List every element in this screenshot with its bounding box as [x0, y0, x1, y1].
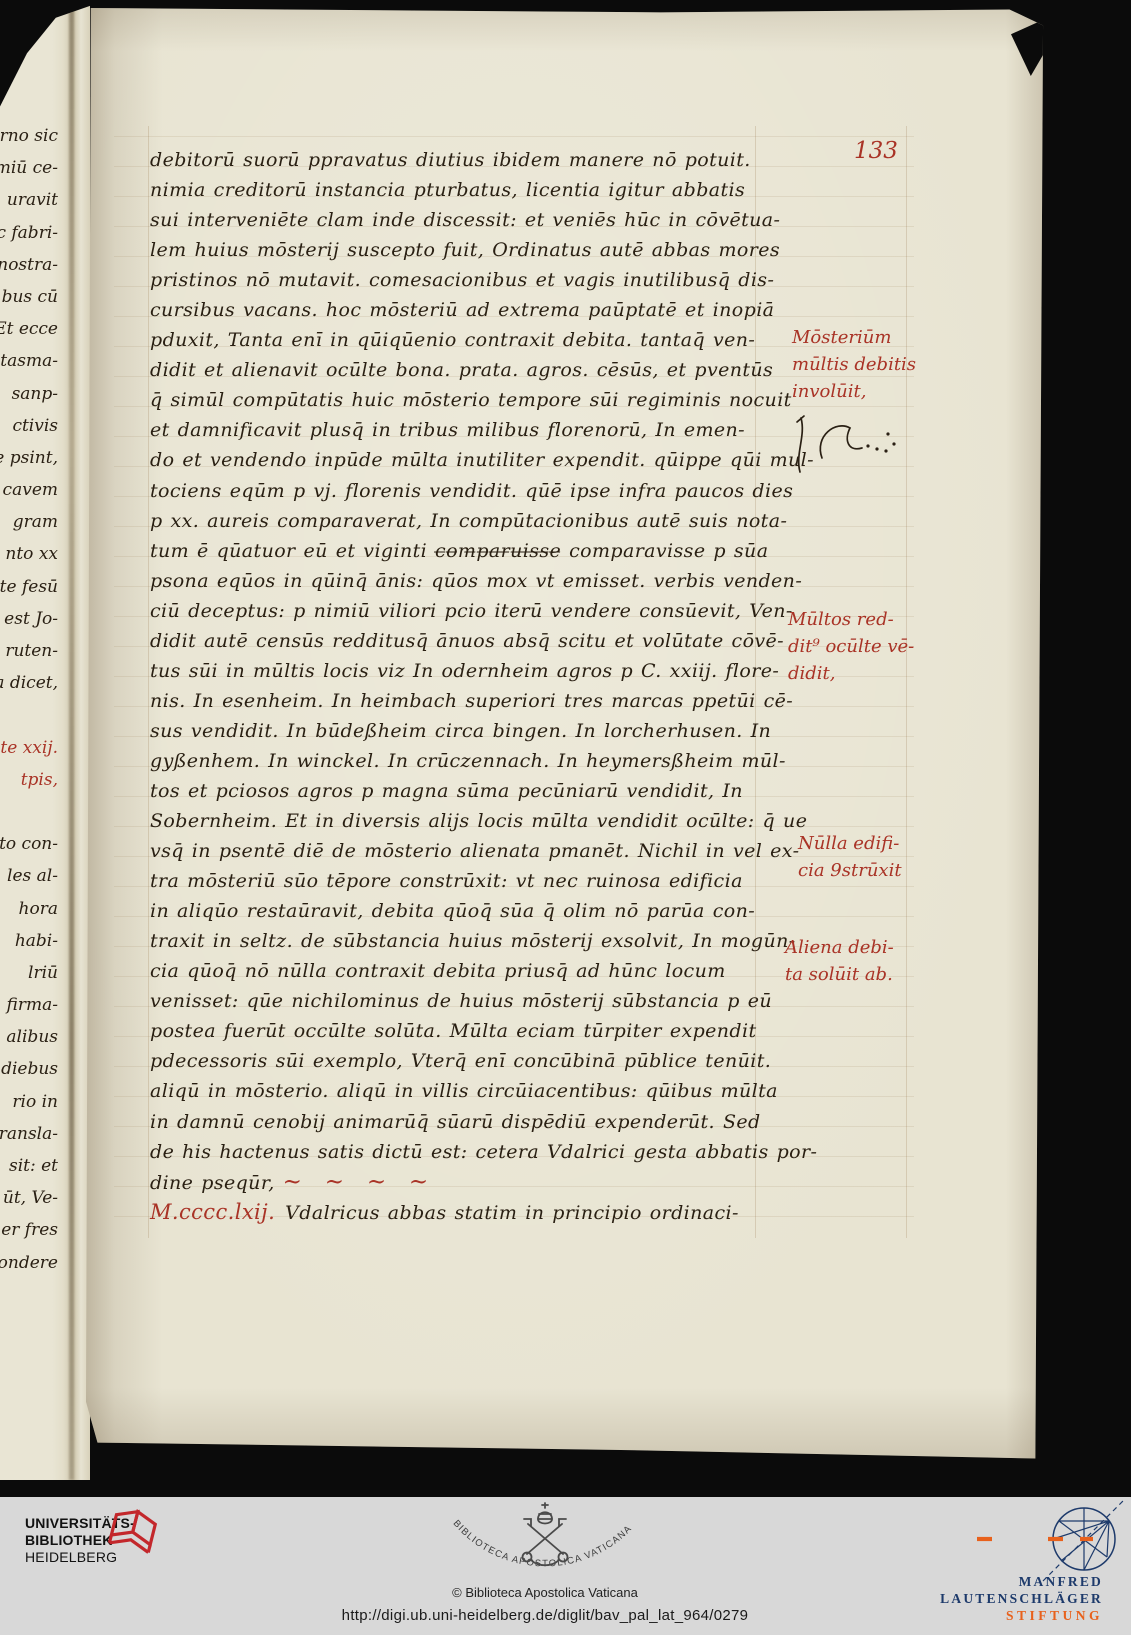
text-fragment: er fres	[0, 1214, 58, 1246]
vatican-library-seal crossed-keys-icon: BIBLIOTECA APOSTOLICA VATICANA	[430, 1497, 660, 1589]
text-fragment: nostra-	[0, 249, 58, 281]
manuscript-line: aliqū in mōsterio. aliqū in villis circū…	[150, 1076, 790, 1106]
binding-crease	[69, 0, 74, 1480]
text-fragment: ate xxij.	[0, 732, 58, 764]
margin-note-line: cia 9strūxit	[798, 857, 902, 884]
mls-foundation-wordmark: MANFRED LAUTENSCHLÄGER STIFTUNG	[940, 1573, 1103, 1624]
text-fragment: habi-	[0, 925, 58, 957]
manuscript-line: cia qūoq̄ nō nūlla contraxit debita priu…	[150, 956, 790, 986]
margin-note-line: Mūltos red-	[788, 606, 914, 633]
manuscript-line: Sobernheim. Et in diversis alijs locis m…	[150, 806, 790, 836]
margin-note-line: Mōsteriūm	[792, 324, 916, 351]
margin-note-line: mūltis debitis	[792, 351, 916, 378]
manuscript-line: gyßenhem. In winckel. In crūczennach. In…	[150, 746, 790, 776]
manuscript-line: in aliqūo restaūravit, debita qūoq̄ sūa …	[150, 896, 790, 926]
manuscript-line: psona eqūos in qūinq̄ ānis: qūos mox vt …	[150, 566, 790, 596]
margin-note-2: Mūltos red-dit⁹ ocūlte vē-didit,	[788, 606, 914, 687]
text-fragment: uravit	[0, 184, 58, 216]
vatican-seal-curved-text: BIBLIOTECA APOSTOLICA VATICANA	[451, 1518, 635, 1569]
manuscript-lines: debitorū suorū ppravatus diutius ibidem …	[150, 145, 790, 1167]
manuscript-line: lem huius mōsterij suscepto fuit, Ordina…	[150, 235, 790, 265]
text-fragment	[0, 699, 58, 731]
manuscript-line: de his hactenus satis dictū est: cetera …	[150, 1137, 790, 1167]
manuscript-line: didit et alienavit ocūlte bona. prata. a…	[150, 355, 790, 385]
margin-note-line: Nūlla edifi-	[798, 830, 902, 857]
folio-number: 133	[854, 138, 898, 164]
manuscript-line: tociens eqūm p vj. florenis vendidit. qū…	[150, 476, 790, 506]
text-fragment	[0, 796, 58, 828]
mls-subtitle: STIFTUNG	[940, 1607, 1103, 1624]
manuscript-line: sus vendidit. In būdeßheim circa bingen.…	[150, 716, 790, 746]
text-fragment: tpis,	[0, 764, 58, 796]
text-fragment: te fesū	[0, 571, 58, 603]
manuscript-line: tum ē qūatuor eū et viginti c̶o̶m̶p̶a̶r̶…	[150, 536, 790, 566]
margin-note-line: involūit,	[792, 378, 916, 405]
rubric-flourish: ~ ~ ~ ~	[275, 1169, 436, 1195]
text-fragment: nto xx	[0, 538, 58, 570]
manuscript-line: postea fuerūt occūlte solūta. Mūlta ecia…	[150, 1016, 790, 1046]
manuscript-line: sui interveniēte clam inde discessit: et…	[150, 205, 790, 235]
ink-flourish-mark	[784, 406, 909, 478]
manuscript-line: venisset: qūe nichilominus de huius mōst…	[150, 986, 790, 1016]
main-text-block: debitorū suorū ppravatus diutius ibidem …	[150, 145, 790, 1227]
text-fragment: ransla-	[0, 1118, 58, 1150]
text-fragment: lriū	[0, 957, 58, 989]
manuscript-line: debitorū suorū ppravatus diutius ibidem …	[150, 145, 790, 175]
text-fragment: Et ecce	[0, 313, 58, 345]
manuscript-line: pristinos nō mutavit. comesacionibus et …	[150, 265, 790, 295]
margin-note-3: Nūlla edifi-cia 9strūxit	[798, 830, 902, 884]
text-fragment: lto con-	[0, 828, 58, 860]
text-fragment: sit: et	[0, 1150, 58, 1182]
text-fragment: sanp-	[0, 378, 58, 410]
mls-line: LAUTENSCHLÄGER	[940, 1590, 1103, 1607]
text-fragment: rio in	[0, 1086, 58, 1118]
text-fragment: urno sic	[0, 120, 58, 152]
manuscript-closing-line: dine pseqūr,~ ~ ~ ~	[150, 1167, 790, 1197]
manuscript-line: vsq̄ in psentē diē de mōsterio alienata …	[150, 836, 790, 866]
text-fragment: firma-	[0, 989, 58, 1021]
margin-rule-left	[148, 126, 149, 1238]
margin-note-line: didit,	[788, 660, 914, 687]
manuscript-page: 133 debitorū suorū ppravatus diutius ibi…	[86, 8, 1044, 1460]
facing-page-edge: urno sicmiū ce-uravitoc fabri-nostra-bus…	[0, 0, 90, 1480]
footer-bar: UNIVERSITÄTS- BIBLIOTHEK HEIDELBERG BIBL…	[0, 1497, 1131, 1635]
vatican-copyright: © Biblioteca Apostolica Vaticana	[395, 1585, 695, 1600]
closing-text: dine pseqūr,	[150, 1172, 275, 1194]
text-fragment: bus cū	[0, 281, 58, 313]
text-fragment: untasma-	[0, 345, 58, 377]
text-fragment: us est Jo-	[0, 603, 58, 635]
manuscript-line: tos et pciosos agros p magna sūma pecūni…	[150, 776, 790, 806]
mls-foundation-logo compass-wheel-icon	[955, 1499, 1127, 1583]
manuscript-line: nis. In esenheim. In heimbach superiori …	[150, 686, 790, 716]
manuscript-line: in damnū cenobij animarūq̄ sūarū dispēdi…	[150, 1107, 790, 1137]
text-fragment: īfra dicet,	[0, 667, 58, 699]
margin-note-1: Mōsteriūmmūltis debitisinvolūit,	[792, 324, 916, 405]
manuscript-line: traxit in seltz. de sūbstancia huius mōs…	[150, 926, 790, 956]
date-line-text: Vdalricus abbas statim in principio ordi…	[285, 1202, 739, 1224]
text-fragment: t ruten-	[0, 635, 58, 667]
manuscript-line: p xx. aureis comparaverat, In compūtacio…	[150, 506, 790, 536]
text-fragment: hora	[0, 893, 58, 925]
text-fragment: alibus	[0, 1021, 58, 1053]
digitized-page-url[interactable]: http://digi.ub.uni-heidelberg.de/diglit/…	[280, 1607, 810, 1624]
manuscript-line: ciū deceptus: p nimiū viliori pcio iterū…	[150, 596, 790, 626]
manuscript-date-line: M.cccc.lxij.Vdalricus abbas statim in pr…	[150, 1197, 790, 1227]
manuscript-line: pdecessoris sūi exemplo, Vterq̄ enī conc…	[150, 1046, 790, 1076]
rubric-year: M.cccc.lxij.	[150, 1200, 285, 1224]
text-fragment: e psint,	[0, 442, 58, 474]
facing-page-text-fragments: urno sicmiū ce-uravitoc fabri-nostra-bus…	[0, 120, 58, 1279]
text-fragment: oc fabri-	[0, 217, 58, 249]
text-fragment: ondere	[0, 1247, 58, 1279]
text-fragment: gram	[0, 506, 58, 538]
manuscript-line: tus sūi in mūltis locis viz In odernheim…	[150, 656, 790, 686]
text-fragment: ū cavem	[0, 474, 58, 506]
margin-note-line: Aliena debi-	[785, 934, 894, 961]
manuscript-line: cursibus vacans. hoc mōsteriū ad extrema…	[150, 295, 790, 325]
text-fragment: ūt, Ve-	[0, 1182, 58, 1214]
manuscript-line: didit autē censūs redditusq̄ ānuos absq̄…	[150, 626, 790, 656]
margin-note-line: ta solūit ab.	[785, 961, 894, 988]
margin-note-4: Aliena debi-ta solūit ab.	[785, 934, 894, 988]
svg-text:BIBLIOTECA APOSTOLICA VATICANA: BIBLIOTECA APOSTOLICA VATICANA	[451, 1518, 635, 1569]
text-fragment: diebus	[0, 1053, 58, 1085]
manuscript-line: pduxit, Tanta enī in qūiqūenio contraxit…	[150, 325, 790, 355]
manuscript-line: tra mōsteriū sūo tēpore constrūxit: vt n…	[150, 866, 790, 896]
ub-heidelberg-logo open-book-icon	[103, 1503, 161, 1569]
mls-line: MANFRED	[940, 1573, 1103, 1590]
manuscript-line: nimia creditorū instancia pturbatus, lic…	[150, 175, 790, 205]
manuscript-line: do et vendendo inpūde mūlta inutiliter e…	[150, 445, 790, 475]
text-fragment: les al-	[0, 860, 58, 892]
manuscript-line: q̄ simūl compūtatis huic mōsterio tempor…	[150, 385, 790, 415]
text-fragment: ctivis	[0, 410, 58, 442]
text-fragment: miū ce-	[0, 152, 58, 184]
margin-note-line: dit⁹ ocūlte vē-	[788, 633, 914, 660]
manuscript-line: et damnificavit plusq̄ in tribus milibus…	[150, 415, 790, 445]
page-tear-notch	[1011, 18, 1047, 76]
scanned-manuscript-viewer: urno sicmiū ce-uravitoc fabri-nostra-bus…	[0, 0, 1131, 1635]
